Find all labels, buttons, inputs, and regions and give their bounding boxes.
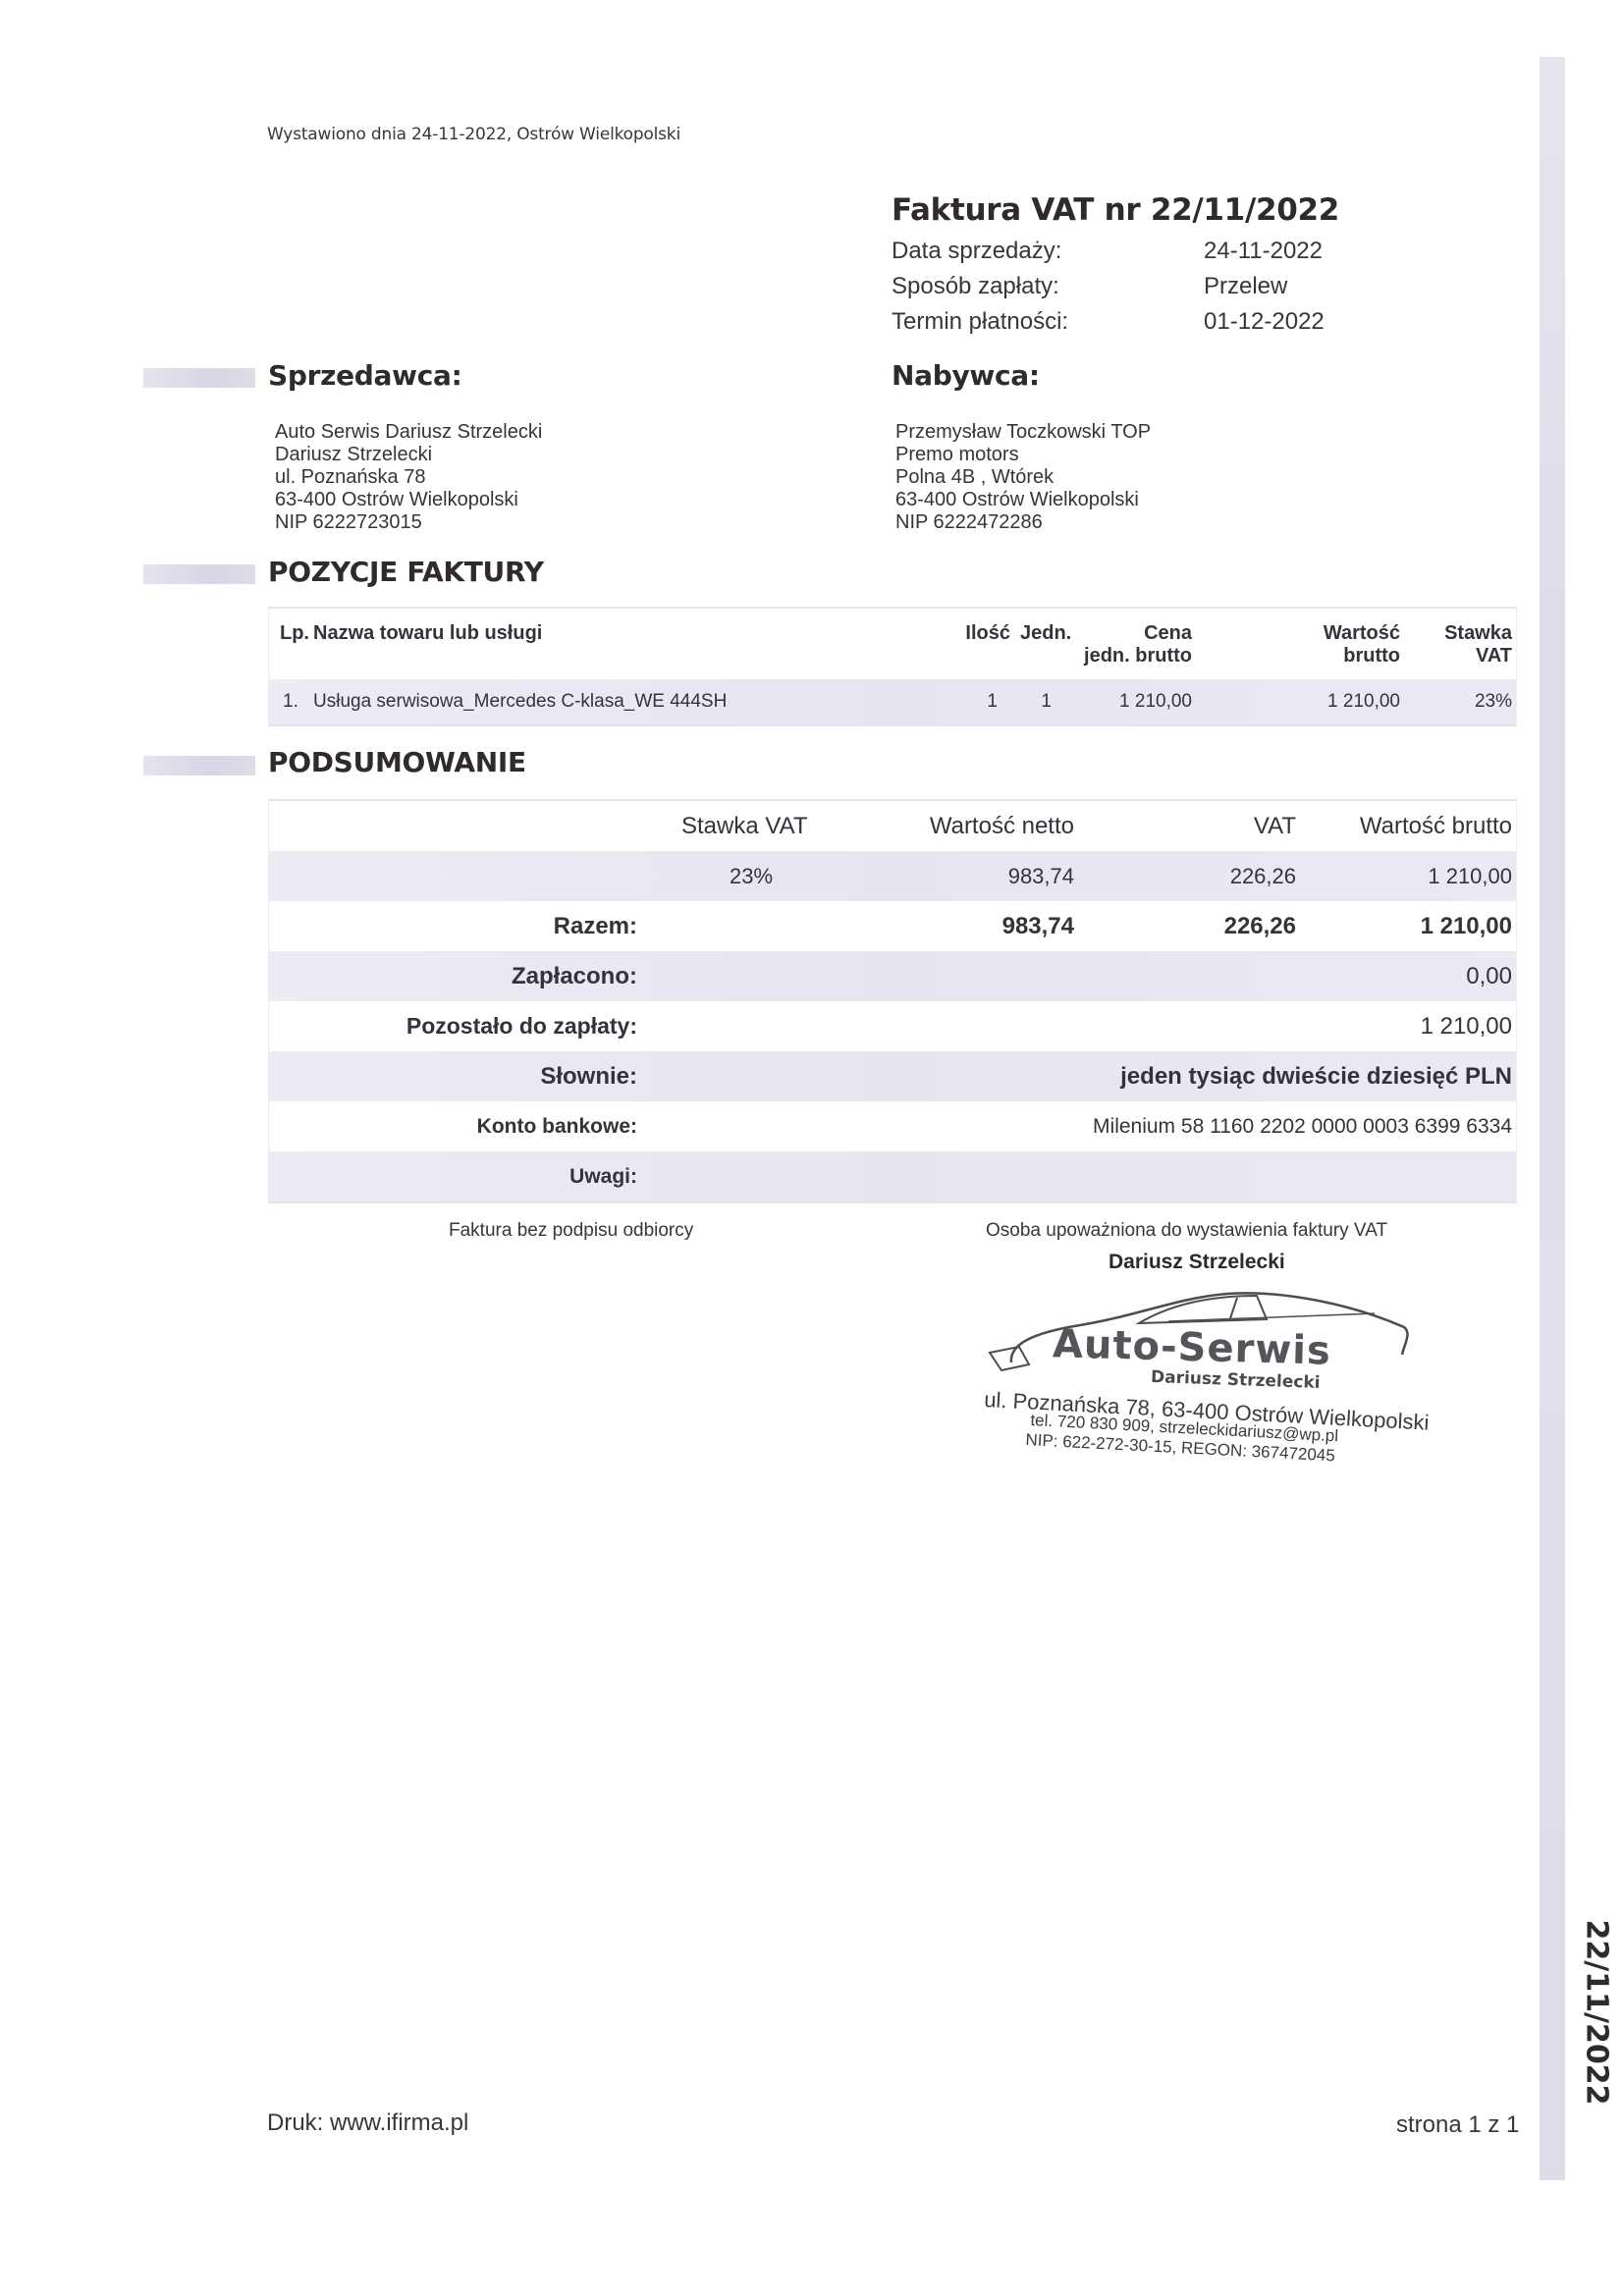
payment-due-value: 01-12-2022 [1204,304,1325,340]
issued-date-place: Wystawiono dnia 24-11-2022, Ostrów Wielk… [267,125,680,144]
col-vat: Stawka VAT [1444,622,1512,667]
invoice-title: Faktura VAT nr 22/11/2022 [892,192,1339,228]
section-marker [143,564,255,584]
paid-value: 0,00 [1466,963,1512,990]
buyer-heading: Nabywca: [892,359,1040,392]
row-qty: 1 [987,691,998,713]
col-gross: Wartość brutto [1360,813,1512,840]
in-words-value: jeden tysiąc dwieście dziesięć PLN [1120,1063,1512,1091]
bank-value: Milenium 58 1160 2202 0000 0003 6399 633… [1093,1115,1512,1139]
rate-vat: 226,26 [1230,864,1296,889]
total-net: 983,74 [1002,913,1074,940]
buyer-company: Premo motors [895,444,1151,466]
seller-details: Auto Serwis Dariusz Strzelecki Dariusz S… [275,421,542,534]
col-qty: Ilość [965,622,1010,645]
payment-due-row: Termin płatności: 01-12-2022 [892,304,1402,340]
total-row: Razem: 983,74 226,26 1 210,00 [269,901,1516,951]
paid-label: Zapłacono: [512,963,637,990]
seller-heading: Sprzedawca: [268,359,462,392]
side-invoice-number: 22/11/2022 [1577,1909,1616,2115]
section-marker [143,368,255,388]
row-price: 1 210,00 [1119,691,1192,713]
payment-method-label: Sposób zapłaty: [892,269,1204,304]
seller-person: Dariusz Strzelecki [275,444,542,466]
total-label: Razem: [554,913,637,940]
col-rate: Stawka VAT [681,813,807,840]
company-stamp: Auto-Serwis Dariusz Strzelecki ul. Pozna… [972,1276,1434,1463]
col-name: Nazwa towaru lub usługi [313,622,542,645]
row-name: Usługa serwisowa_Mercedes C-klasa_WE 444… [313,691,727,713]
payment-method-row: Sposób zapłaty: Przelew [892,269,1402,304]
in-words-label: Słownie: [540,1063,637,1091]
side-strip [1540,57,1565,2180]
col-lp: Lp. [280,622,309,645]
sale-date-label: Data sprzedaży: [892,234,1204,269]
buyer-nip: NIP 6222472286 [895,511,1151,534]
positions-heading: POZYCJE FAKTURY [268,556,544,588]
row-vat: 23% [1475,691,1512,713]
seller-nip: NIP 6222723015 [275,511,542,534]
remaining-row: Pozostało do zapłaty: 1 210,00 [269,1001,1516,1051]
rate-net: 983,74 [1008,864,1074,889]
payment-due-label: Termin płatności: [892,304,1204,340]
col-net: Wartość netto [930,813,1074,840]
section-marker [143,756,255,775]
invoice-meta: Data sprzedaży: 24-11-2022 Sposób zapłat… [892,234,1402,340]
bank-row: Konto bankowe: Milenium 58 1160 2202 000… [269,1101,1516,1151]
summary-table: Stawka VAT Wartość netto VAT Wartość bru… [268,799,1517,1203]
seller-city: 63-400 Ostrów Wielkopolski [275,489,542,511]
remaining-value: 1 210,00 [1421,1013,1512,1041]
issuer-name: Dariusz Strzelecki [1109,1251,1285,1274]
buyer-name: Przemysław Toczkowski TOP [895,421,1151,444]
seller-street: ul. Poznańska 78 [275,466,542,489]
in-words-row: Słownie: jeden tysiąc dwieście dziesięć … [269,1051,1516,1101]
notes-label: Uwagi: [569,1165,637,1189]
bank-label: Konto bankowe: [477,1115,637,1139]
rate-gross: 1 210,00 [1428,864,1512,889]
notes-row: Uwagi: [269,1151,1516,1201]
remaining-label: Pozostało do zapłaty: [406,1013,637,1040]
summary-heading: PODSUMOWANIE [268,746,526,778]
buyer-street: Polna 4B , Wtórek [895,466,1151,489]
paid-row: Zapłacono: 0,00 [269,951,1516,1001]
col-value: Wartość brutto [1324,622,1400,667]
sale-date-row: Data sprzedaży: 24-11-2022 [892,234,1402,269]
payment-method-value: Przelew [1204,269,1287,304]
total-gross: 1 210,00 [1421,913,1512,940]
issuer-signature-label: Osoba upoważniona do wystawienia faktury… [986,1220,1387,1242]
recipient-signature-note: Faktura bez podpisu odbiorcy [449,1220,693,1242]
buyer-details: Przemysław Toczkowski TOP Premo motors P… [895,421,1151,534]
summary-header-row: Stawka VAT Wartość netto VAT Wartość bru… [269,801,1516,851]
table-row: 1. Usługa serwisowa_Mercedes C-klasa_WE … [269,679,1516,724]
total-vat: 226,26 [1224,913,1296,940]
rate-row: 23% 983,74 226,26 1 210,00 [269,851,1516,901]
row-value: 1 210,00 [1327,691,1400,713]
col-vat-amount: VAT [1254,813,1296,840]
col-unit: Jedn. [1020,622,1071,645]
page-number: strona 1 z 1 [1396,2111,1519,2139]
positions-header-row: Lp. Nazwa towaru lub usługi Ilość Jedn. … [269,609,1516,679]
buyer-city: 63-400 Ostrów Wielkopolski [895,489,1151,511]
sale-date-value: 24-11-2022 [1204,234,1323,269]
stamp-title: Auto-Serwis [1052,1321,1331,1373]
col-price: Cena jedn. brutto [1084,622,1192,667]
seller-name: Auto Serwis Dariusz Strzelecki [275,421,542,444]
row-lp: 1. [283,691,298,713]
positions-table: Lp. Nazwa towaru lub usługi Ilość Jedn. … [268,607,1517,726]
rate-value: 23% [730,864,773,889]
printed-by: Druk: www.ifirma.pl [267,2109,468,2137]
row-unit: 1 [1041,691,1052,713]
